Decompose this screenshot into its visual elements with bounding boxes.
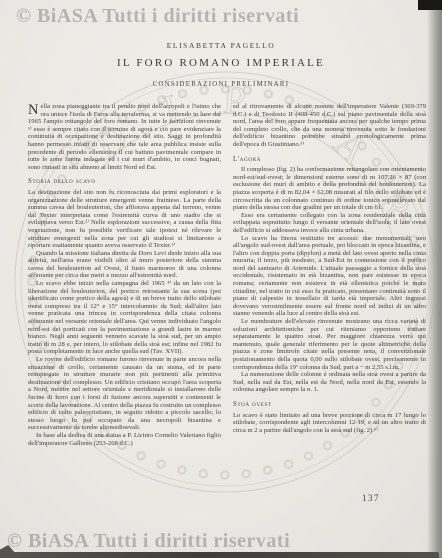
paragraph: Il complesso (fig. 2) ha conformazione r… [233,166,426,212]
scanned-page: D I P · A R C H © BiASA Tutti i diritti … [0,0,442,558]
watermark-bottom: © BiASA Tutti i diritti riservati [7,530,290,553]
section-heading-storia-dello-scavo: Storia dello scavo [28,178,221,186]
scan-edge-right [427,0,442,558]
paragraph: Lo scavo è stato limitato ad una breve p… [233,412,426,435]
paragraph: Lo scavo ha finora restituito tre access… [233,235,426,319]
scan-corner-top-right [418,0,442,10]
section-heading-agora: L'agorà [233,156,426,164]
paragraph: Le membrature dell'elevato rinvenute mos… [233,318,426,371]
page-subtitle: CONSIDERAZIONI PRELIMINARI [0,81,442,88]
paragraph: In base alla dedica di una statua a P. L… [28,432,221,447]
paragraph: Lo scavo ebbe inizio nella campagna del … [28,280,221,356]
author-line: ELISABETTA PAGELLO [0,41,442,50]
paragraph: ed al ritrovamento di alcune monete dell… [233,103,426,149]
paragraph: Le rovine dell'edificio romano furono ri… [28,356,221,432]
text-columns: Nella zona pianeggiante tra il pendio no… [28,103,426,447]
scan-edge-bottom [12,552,439,558]
drop-cap: N [28,103,40,117]
text-column-left: Nella zona pianeggiante tra il pendio no… [28,103,221,447]
section-heading-stoa-ovest: Stoà ovest [233,401,426,409]
paragraph: Nella zona pianeggiante tra il pendio no… [28,103,221,171]
paragraph: La numerazione delle colonne è ordinata … [233,371,426,394]
watermark-top: © BiASA Tutti i diritti riservati [16,5,299,28]
paragraph: La destinazione del sito non fu riconosc… [28,189,221,250]
page-number: 137 [362,493,380,503]
text-column-right: ed al ritrovamento di alcune monete dell… [233,103,426,447]
page-title: IL FORO ROMANO IMPERIALE [0,57,442,69]
paragraph: Quando la missione italiana diretta da D… [28,250,221,280]
paragraph: Esso era certamente collegato con la zon… [233,212,426,235]
paragraph-text: ella zona pianeggiante tra il pendio nor… [28,103,221,171]
